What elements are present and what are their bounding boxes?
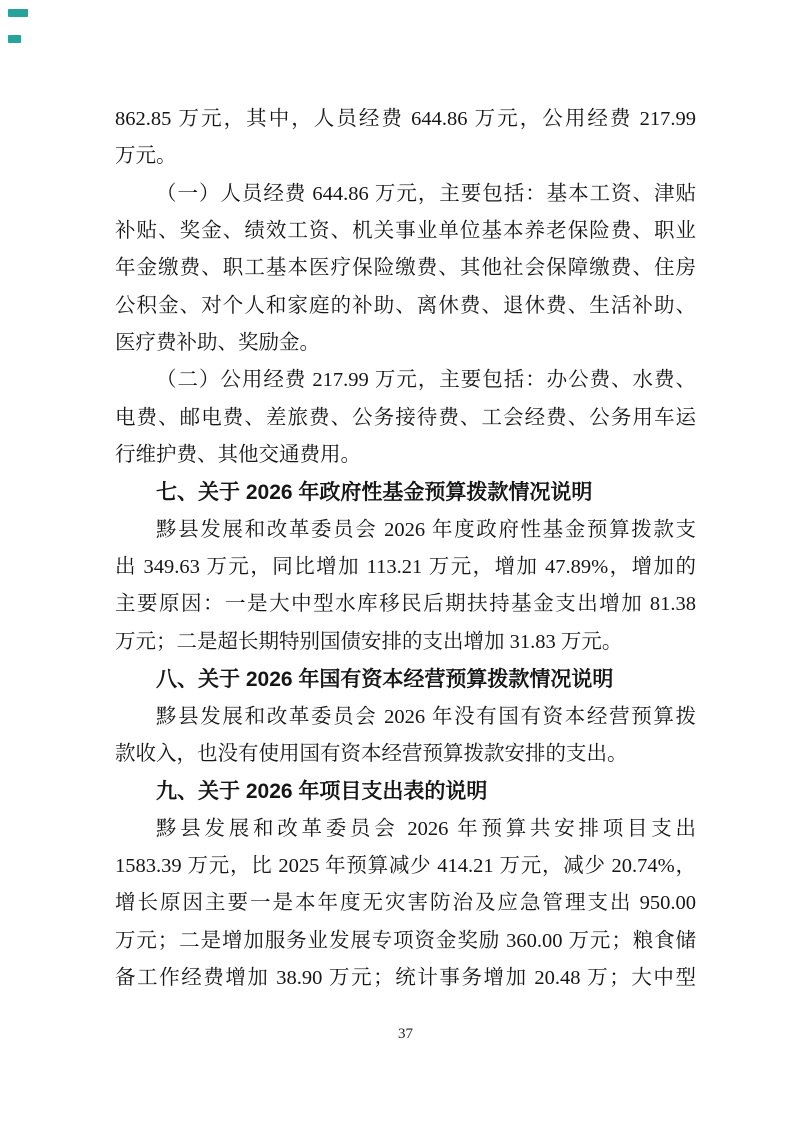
text-line: 补贴、奖金、绩效工资、机关事业单位基本养老保险费、职业 [115,213,696,250]
text-line: 1583.39 万元，比 2025 年预算减少 414.21 万元，减少 20.… [115,848,696,885]
text-line: 公积金、对个人和家庭的补助、离休费、退休费、生活补助、 [115,288,696,325]
text-line: 出 349.63 万元，同比增加 113.21 万元，增加 47.89%，增加的 [115,549,696,586]
text-line: （二）公用经费 217.99 万元，主要包括：办公费、水费、 [115,362,696,399]
corner-mark-icon [8,35,21,43]
section-heading: 八、关于 2026 年国有资本经营预算拨款情况说明 [115,661,696,698]
text-line: 行维护费、其他交通费用。 [115,437,696,474]
text-line: 备工作经费增加 38.90 万元；统计事务增加 20.48 万；大中型 [115,960,696,997]
document-page: 862.85 万元，其中，人员经费 644.86 万元，公用经费 217.99万… [0,0,793,1122]
text-line: 862.85 万元，其中，人员经费 644.86 万元，公用经费 217.99 [115,101,696,138]
section-heading: 九、关于 2026 年项目支出表的说明 [115,773,696,810]
text-line: 万元；二是超长期特别国债安排的支出增加 31.83 万元。 [115,624,696,661]
text-line: 黟县发展和改革委员会 2026 年没有国有资本经营预算拨 [115,699,696,736]
text-line: 万元；二是增加服务业发展专项资金奖励 360.00 万元；粮食储 [115,923,696,960]
text-line: 年金缴费、职工基本医疗保险缴费、其他社会保障缴费、住房 [115,250,696,287]
text-line: （一）人员经费 644.86 万元，主要包括：基本工资、津贴 [115,176,696,213]
page-number: 37 [115,1024,696,1044]
text-line: 主要原因：一是大中型水库移民后期扶持基金支出增加 81.38 [115,586,696,623]
text-content: 862.85 万元，其中，人员经费 644.86 万元，公用经费 217.99万… [115,101,696,997]
text-line: 万元。 [115,138,696,175]
text-line: 黟县发展和改革委员会 2026 年预算共安排项目支出 [115,811,696,848]
text-line: 增长原因主要一是本年度无灾害防治及应急管理支出 950.00 [115,885,696,922]
text-line: 电费、邮电费、差旅费、公务接待费、工会经费、公务用车运 [115,400,696,437]
text-line: 黟县发展和改革委员会 2026 年度政府性基金预算拨款支 [115,512,696,549]
corner-mark-icon [8,9,28,17]
text-line: 款收入，也没有使用国有资本经营预算拨款安排的支出。 [115,736,696,773]
text-line: 医疗费补助、奖励金。 [115,325,696,362]
section-heading: 七、关于 2026 年政府性基金预算拨款情况说明 [115,474,696,511]
